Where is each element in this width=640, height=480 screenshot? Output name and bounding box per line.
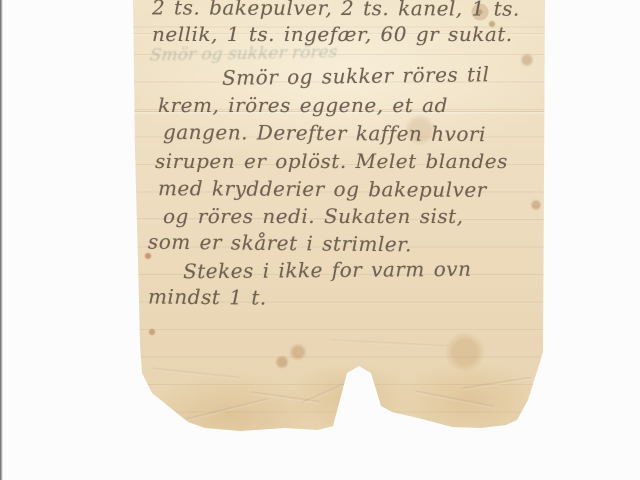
- handwriting-line: og röres nedi. Sukaten sist,: [163, 203, 464, 229]
- handwriting-line: med krydderier og bakepulver: [158, 175, 487, 203]
- handwriting-line: Stekes i ikke for varm ovn: [183, 256, 472, 285]
- handwriting-line: som er skåret i strimler.: [148, 229, 412, 258]
- paper-scan: Smör og sukker röres 2 ts. bakepulver, 2…: [0, 0, 640, 480]
- scanner-bed-edge-line: [0, 0, 3, 480]
- handwriting-line: krem, iröres eggene, et ad: [158, 92, 448, 118]
- handwriting-line: nellik, 1 ts. ingefær, 60 gr sukat.: [152, 21, 513, 47]
- handwriting-line: Smör og sukker röres til: [222, 61, 490, 91]
- handwriting-line: gangen. Derefter kaffen hvori: [163, 119, 486, 147]
- handwriting-line: sirupen er oplöst. Melet blandes: [155, 148, 508, 174]
- scanned-page: Smör og sukker röres 2 ts. bakepulver, 2…: [0, 0, 640, 480]
- handwriting-line: mindst 1 t.: [148, 283, 267, 310]
- handwriting-line: 2 ts. bakepulver, 2 ts. kanel, 1 ts.: [152, 0, 520, 22]
